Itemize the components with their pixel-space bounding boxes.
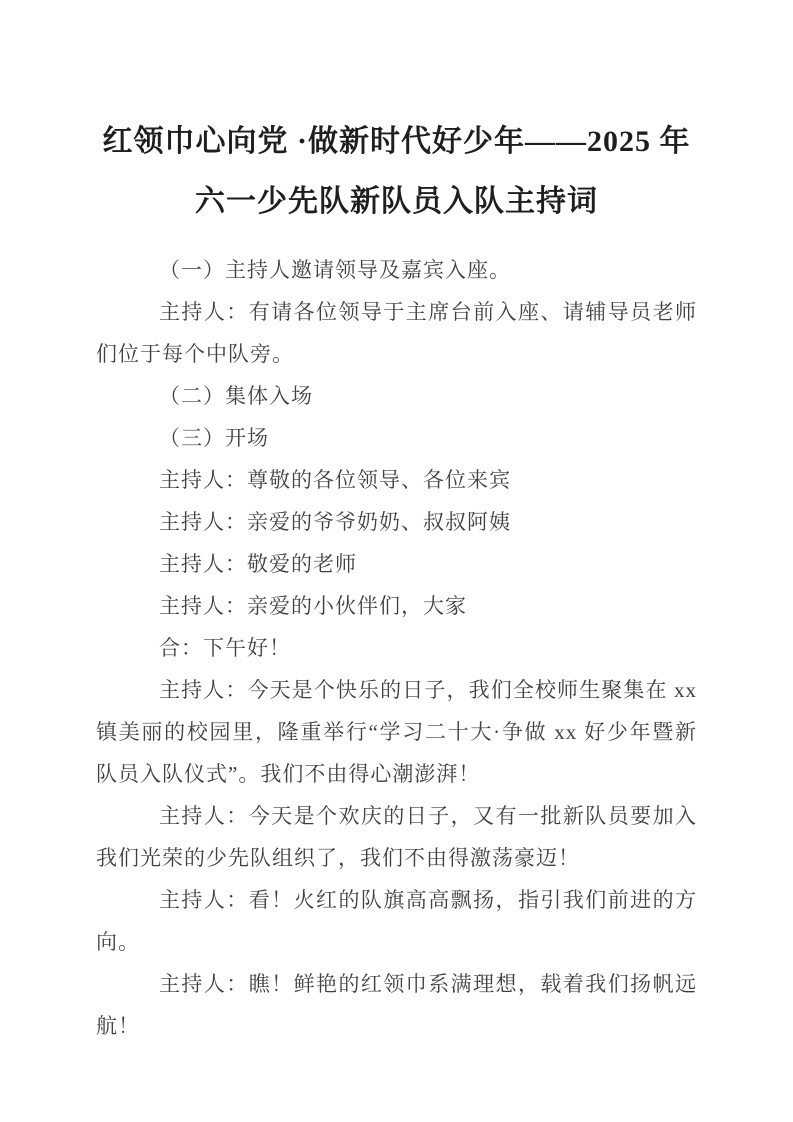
paragraph-section-3: （三）开场	[96, 417, 697, 459]
document-page: 红领巾心向党 ·做新时代好少年——2025 年 六一少先队新队员入队主持词 （一…	[0, 0, 793, 1122]
title-line-1: 红领巾心向党 ·做新时代好少年——2025 年	[96, 112, 697, 172]
document-title: 红领巾心向党 ·做新时代好少年——2025 年 六一少先队新队员入队主持词	[96, 112, 697, 232]
paragraph-greeting-grandparents: 主持人：亲爱的爷爷奶奶、叔叔阿姨	[96, 501, 697, 543]
paragraph-greeting-friends: 主持人：亲爱的小伙伴们，大家	[96, 585, 697, 627]
title-line-2: 六一少先队新队员入队主持词	[96, 172, 697, 232]
paragraph-section-2: （二）集体入场	[96, 375, 697, 417]
paragraph-scarf: 主持人：瞧！鲜艳的红领巾系满理想，载着我们扬帆远航！	[96, 963, 697, 1047]
paragraph-section-1: （一）主持人邀请领导及嘉宾入座。	[96, 249, 697, 291]
paragraph-flag: 主持人：看！火红的队旗高高飘扬，指引我们前进的方向。	[96, 879, 697, 963]
paragraph-happy-day: 主持人：今天是个快乐的日子，我们全校师生聚集在 xx 镇美丽的校园里，隆重举行“…	[96, 669, 697, 795]
paragraph-joint-greeting: 合：下午好！	[96, 627, 697, 669]
paragraph-celebration-day: 主持人：今天是个欢庆的日子，又有一批新队员要加入我们光荣的少先队组织了，我们不由…	[96, 795, 697, 879]
paragraph-greeting-teachers: 主持人：敬爱的老师	[96, 543, 697, 585]
paragraph-host-seating: 主持人：有请各位领导于主席台前入座、请辅导员老师们位于每个中队旁。	[96, 291, 697, 375]
document-body: （一）主持人邀请领导及嘉宾入座。 主持人：有请各位领导于主席台前入座、请辅导员老…	[96, 249, 697, 1047]
paragraph-greeting-leaders: 主持人：尊敬的各位领导、各位来宾	[96, 459, 697, 501]
